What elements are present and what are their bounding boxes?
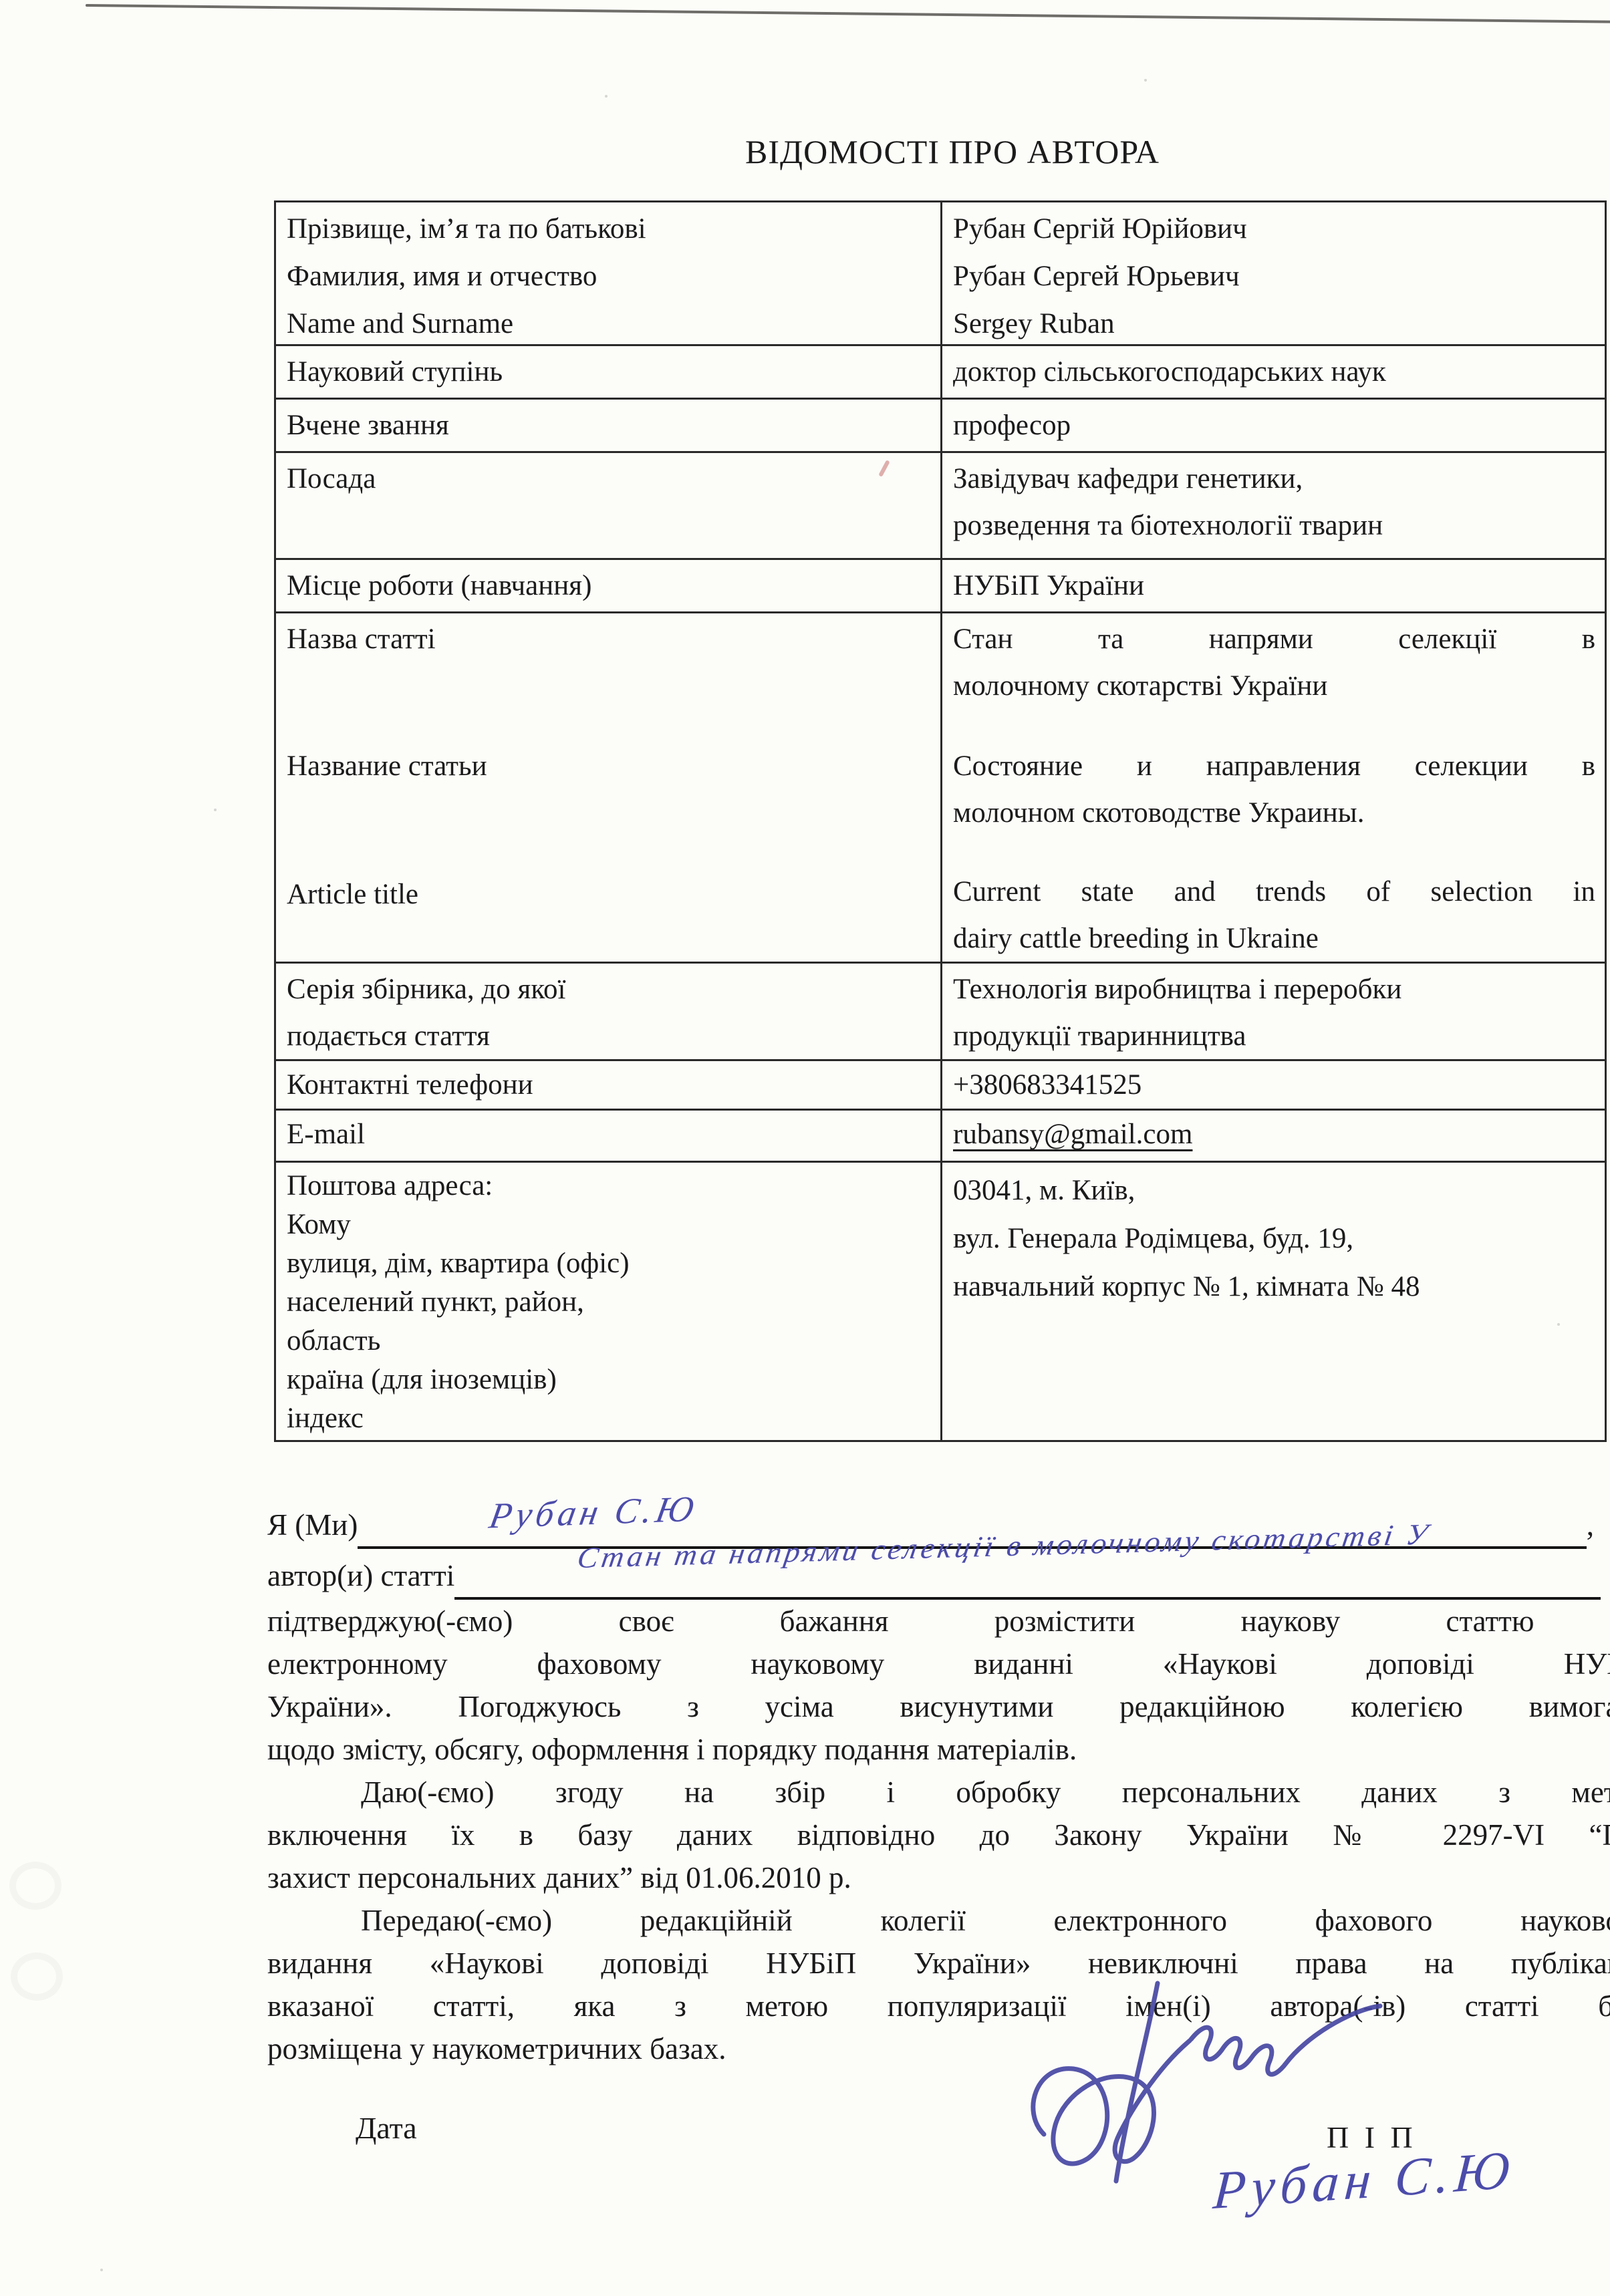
declaration-line: Даю(-ємо) згоду на збір і обробку персон… (267, 1771, 1610, 1814)
declaration-line: захист персональних даних” від 01.06.201… (267, 1856, 1610, 1899)
label-line: Кому (287, 1205, 931, 1244)
row-label: Посада (276, 453, 942, 558)
scanned-author-form: ВІДОМОСТІ ПРО АВТОРА Прізвище, ім’я та п… (0, 0, 1610, 2296)
page-title: ВІДОМОСТІ ПРО АВТОРА (745, 132, 1160, 171)
label-line: Name and Surname (287, 300, 931, 344)
label-line: вулиця, дім, квартира (офіс) (287, 1244, 931, 1283)
label-line: індекс (287, 1399, 931, 1438)
declaration-line: видання «Наукові доповіді НУБіП України»… (267, 1942, 1610, 1985)
label-line: Прізвище, ім’я та по батькові (287, 205, 931, 253)
table-row-phone: Контактні телефони +380683341525 (276, 1061, 1605, 1111)
value-line: dairy cattle breeding in Ukraine (953, 915, 1595, 962)
table-row-position: Посада Завідувач кафедри генетики, розве… (276, 453, 1605, 560)
row-label: Поштова адреса: Кому вулиця, дім, кварти… (276, 1163, 942, 1440)
label-line: область (287, 1322, 931, 1360)
label-line: населений пункт, район, (287, 1283, 931, 1322)
declaration-line: України». Погоджуюсь з усіма висунутими … (267, 1685, 1610, 1728)
declaration-line: розміщена у наукометричних базах. (267, 2027, 1610, 2070)
value-line: розведення та біотехнології тварин (953, 503, 1595, 549)
row-value: професор (942, 400, 1605, 451)
declaration-line: електронному фаховому науковому виданні … (267, 1642, 1610, 1685)
value-line: навчальний корпус № 1, кімната № 48 (953, 1263, 1595, 1311)
row-value: Стан та напрями селекції в молочному ско… (942, 613, 1605, 962)
declaration-line: підтверджую(-ємо) своє бажання розмістит… (267, 1600, 1610, 1642)
article-authors-label: автор(и) статті (267, 1552, 454, 1600)
label-line: країна (для іноземців) (287, 1360, 931, 1399)
label-line: Фамилия, имя и отчество (287, 253, 931, 300)
value-line: Состояние и направления селекции в (953, 743, 1595, 790)
label-line: Article title (287, 871, 931, 918)
row-value: Технологія виробництва і переробки проду… (942, 964, 1605, 1059)
phone-value: +380683341525 (942, 1061, 1605, 1109)
table-row-series: Серія збірника, до якої подається стаття… (276, 964, 1605, 1061)
row-label: Контактні телефони (276, 1061, 942, 1109)
table-row-academic-title: Вчене звання професор (276, 400, 1605, 453)
title-uk: Стан та напрями селекції в молочному ско… (953, 616, 1595, 710)
punch-hole-artifact (11, 1953, 63, 2001)
declaration-line: Передаю(-ємо) редакційній колегії електр… (267, 1899, 1610, 1942)
value-line: продукції тваринництва (953, 1013, 1595, 1059)
label-line: Серія збірника, до якої (287, 966, 931, 1013)
row-label: Науковий ступінь (276, 346, 942, 398)
label-line: Назва статті (287, 616, 931, 663)
declaration-text: Я (Ми) , автор(и) статті підтверджую(-єм… (267, 1497, 1610, 2070)
value-line: Sergey Ruban (953, 300, 1595, 344)
value-line: Завідувач кафедри генетики, (953, 456, 1595, 503)
row-label: Місце роботи (навчання) (276, 560, 942, 611)
punch-hole-artifact (9, 1862, 61, 1910)
table-row-workplace: Місце роботи (навчання) НУБіП України (276, 560, 1605, 613)
handwritten-author-name: Рубан С.Ю (487, 1487, 701, 1536)
dust-speck (214, 809, 217, 811)
dust-speck (1144, 79, 1147, 82)
table-row-degree: Науковий ступінь доктор сільськогосподар… (276, 346, 1605, 400)
row-label: Прізвище, ім’я та по батькові Фамилия, и… (276, 202, 942, 344)
table-row-name: Прізвище, ім’я та по батькові Фамилия, и… (276, 202, 1605, 346)
value-line: Стан та напрями селекції в (953, 616, 1595, 663)
value-line: 03041, м. Київ, (953, 1167, 1595, 1215)
label-line: Название статьи (287, 743, 931, 790)
table-row-article-title: Назва статті Название статьи Article tit… (276, 613, 1605, 964)
label-line: подається стаття (287, 1013, 931, 1059)
value-line: Current state and trends of selection in (953, 869, 1595, 915)
dust-speck (605, 95, 608, 98)
declaration-line: вказаної статті, яка з метою популяризац… (267, 1985, 1610, 2027)
row-label: Серія збірника, до якої подається стаття (276, 964, 942, 1059)
row-value: 03041, м. Київ, вул. Генерала Родімцева,… (942, 1163, 1605, 1440)
value-line: молочному скотарстві України (953, 663, 1595, 710)
declaration-line: включення їх в базу даних відповідно до … (267, 1814, 1610, 1856)
title-ru: Состояние и направления селекции в молоч… (953, 743, 1595, 837)
dust-speck (100, 2269, 103, 2271)
value-line: вул. Генерала Родімцева, буд. 19, (953, 1215, 1595, 1263)
i-we-label: Я (Ми) (267, 1501, 358, 1549)
value-line: Технологія виробництва і переробки (953, 966, 1595, 1013)
row-value: доктор сільськогосподарських наук (942, 346, 1605, 398)
table-row-email: E-mail rubansy@gmail.com (276, 1111, 1605, 1163)
date-label: Дата (356, 2110, 417, 2146)
row-value: НУБіП України (942, 560, 1605, 611)
scan-edge-artifact (86, 4, 1610, 23)
row-value: Рубан Сергій Юрійович Рубан Сергей Юрьев… (942, 202, 1605, 344)
row-label: Назва статті Название статьи Article tit… (276, 613, 942, 962)
label-line: Поштова адреса: (287, 1167, 931, 1205)
email-value: rubansy@gmail.com (953, 1119, 1192, 1150)
declaration-line: щодо змісту, обсягу, оформлення і порядк… (267, 1728, 1610, 1771)
author-info-table: Прізвище, ім’я та по батькові Фамилия, и… (274, 200, 1607, 1442)
row-label: Вчене звання (276, 400, 942, 451)
title-en: Current state and trends of selection in… (953, 869, 1595, 962)
value-line: Рубан Сергій Юрійович (953, 205, 1595, 253)
value-line: Рубан Сергей Юрьевич (953, 253, 1595, 300)
value-line: молочном скотоводстве Украины. (953, 790, 1595, 837)
row-label: E-mail (276, 1111, 942, 1161)
table-row-postal-address: Поштова адреса: Кому вулиця, дім, кварти… (276, 1163, 1605, 1440)
row-value: Завідувач кафедри генетики, розведення т… (942, 453, 1605, 558)
